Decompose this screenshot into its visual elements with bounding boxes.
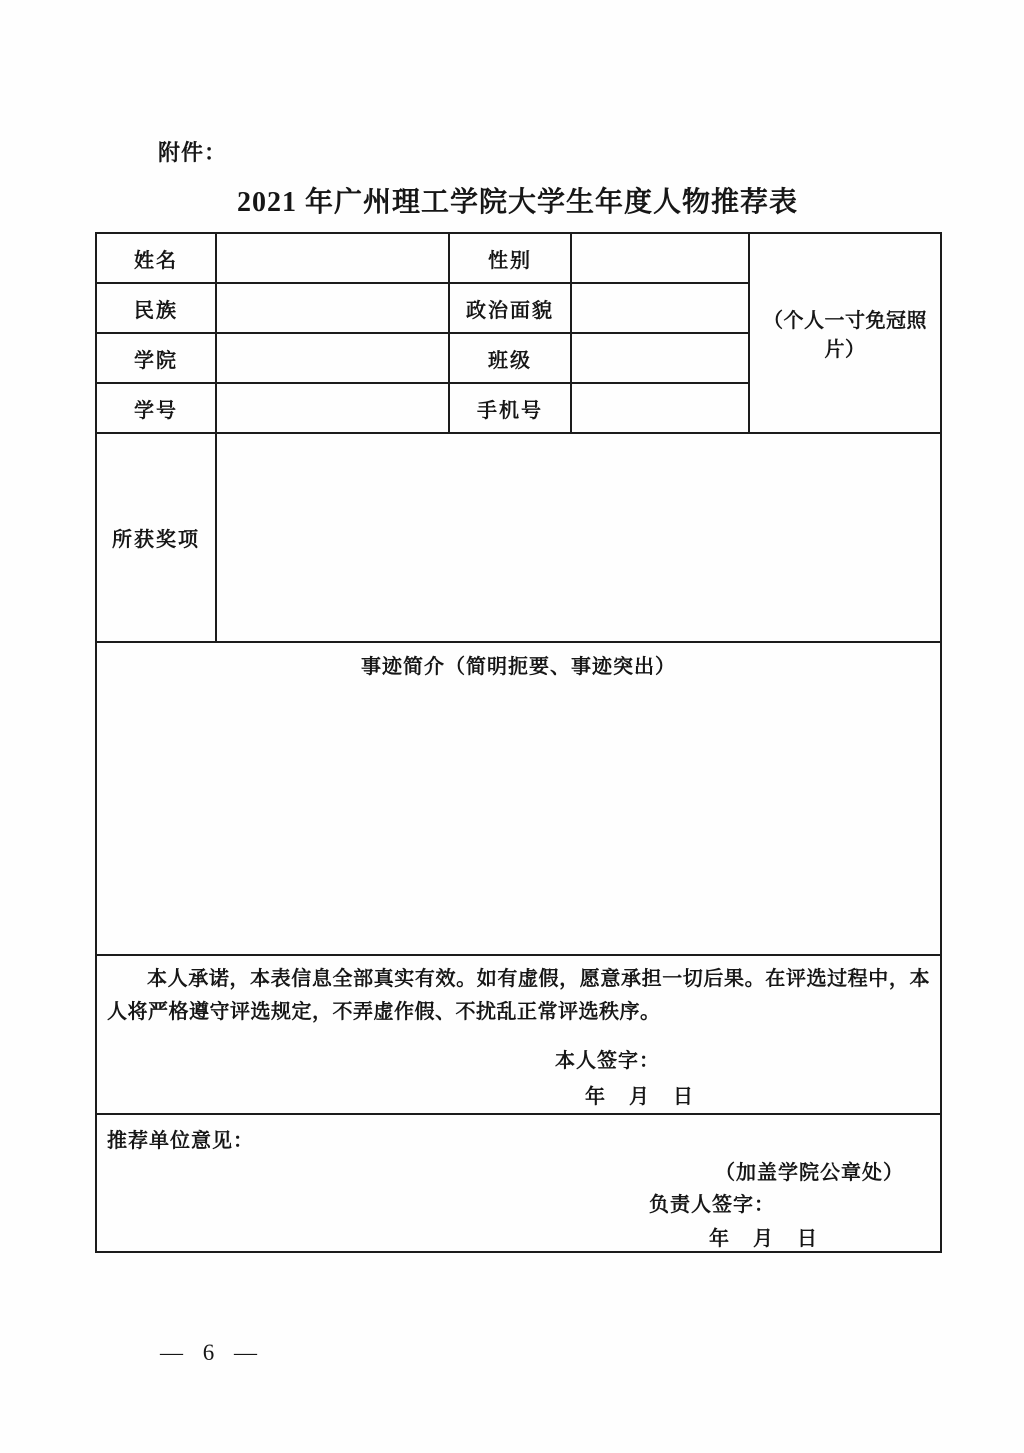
photo-placeholder-label: （个人一寸免冠照片） — [763, 310, 927, 361]
recommending-unit-section[interactable]: 推荐单位意见： （加盖学院公章处） 负责人签字： 年 月 日 — [96, 1114, 941, 1252]
ethnicity-input-cell[interactable] — [216, 283, 449, 333]
page-title: 2021 年广州理工学院大学生年度人物推荐表 — [95, 180, 940, 220]
personal-signature-date-label: 年 月 日 — [585, 1080, 940, 1109]
table-row: 推荐单位意见： （加盖学院公章处） 负责人签字： 年 月 日 — [96, 1114, 941, 1252]
deeds-section: 事迹简介（简明扼要、事迹突出） — [96, 642, 941, 955]
deeds-input-area[interactable] — [97, 679, 940, 949]
responsible-person-signature-label: 负责人签字： — [649, 1188, 940, 1217]
phone-input-cell[interactable] — [571, 383, 749, 433]
name-label: 姓名 — [96, 233, 216, 283]
student-id-label: 学号 — [96, 383, 216, 433]
personal-signature-label: 本人签字： — [555, 1044, 940, 1073]
college-label: 学院 — [96, 333, 216, 383]
document-page: 附件： 2021 年广州理工学院大学生年度人物推荐表 姓名 性别 （个人一寸免冠… — [0, 0, 1024, 1453]
recommendation-form-table: 姓名 性别 （个人一寸免冠照片） 民族 政治面貌 学院 班级 学号 手机号 — [95, 232, 942, 1253]
name-input-cell[interactable] — [216, 233, 449, 283]
college-input-cell[interactable] — [216, 333, 449, 383]
table-row: 事迹简介（简明扼要、事迹突出） — [96, 642, 941, 955]
class-label: 班级 — [449, 333, 571, 383]
commitment-section: 本人承诺，本表信息全部真实有效。如有虚假，愿意承担一切后果。在评选过程中，本人将… — [96, 955, 941, 1114]
photo-placeholder-area[interactable]: （个人一寸免冠照片） — [749, 233, 941, 433]
table-row: 所获奖项 — [96, 433, 941, 642]
attachment-label: 附件： — [158, 136, 227, 167]
phone-label: 手机号 — [449, 383, 571, 433]
table-row: 姓名 性别 （个人一寸免冠照片） — [96, 233, 941, 283]
gender-label: 性别 — [449, 233, 571, 283]
responsible-person-date-label: 年 月 日 — [709, 1222, 940, 1251]
class-input-cell[interactable] — [571, 333, 749, 383]
student-id-input-cell[interactable] — [216, 383, 449, 433]
official-seal-note: （加盖学院公章处） — [97, 1156, 904, 1185]
table-row: 本人承诺，本表信息全部真实有效。如有虚假，愿意承担一切后果。在评选过程中，本人将… — [96, 955, 941, 1114]
political-status-input-cell[interactable] — [571, 283, 749, 333]
page-number: — 6 — — [160, 1340, 259, 1366]
awards-input-area[interactable] — [216, 433, 941, 642]
recommending-unit-label: 推荐单位意见： — [107, 1124, 940, 1153]
ethnicity-label: 民族 — [96, 283, 216, 333]
deeds-section-header: 事迹简介（简明扼要、事迹突出） — [97, 643, 940, 679]
political-status-label: 政治面貌 — [449, 283, 571, 333]
commitment-text: 本人承诺，本表信息全部真实有效。如有虚假，愿意承担一切后果。在评选过程中，本人将… — [107, 963, 930, 1029]
gender-input-cell[interactable] — [571, 233, 749, 283]
awards-label: 所获奖项 — [96, 433, 216, 642]
